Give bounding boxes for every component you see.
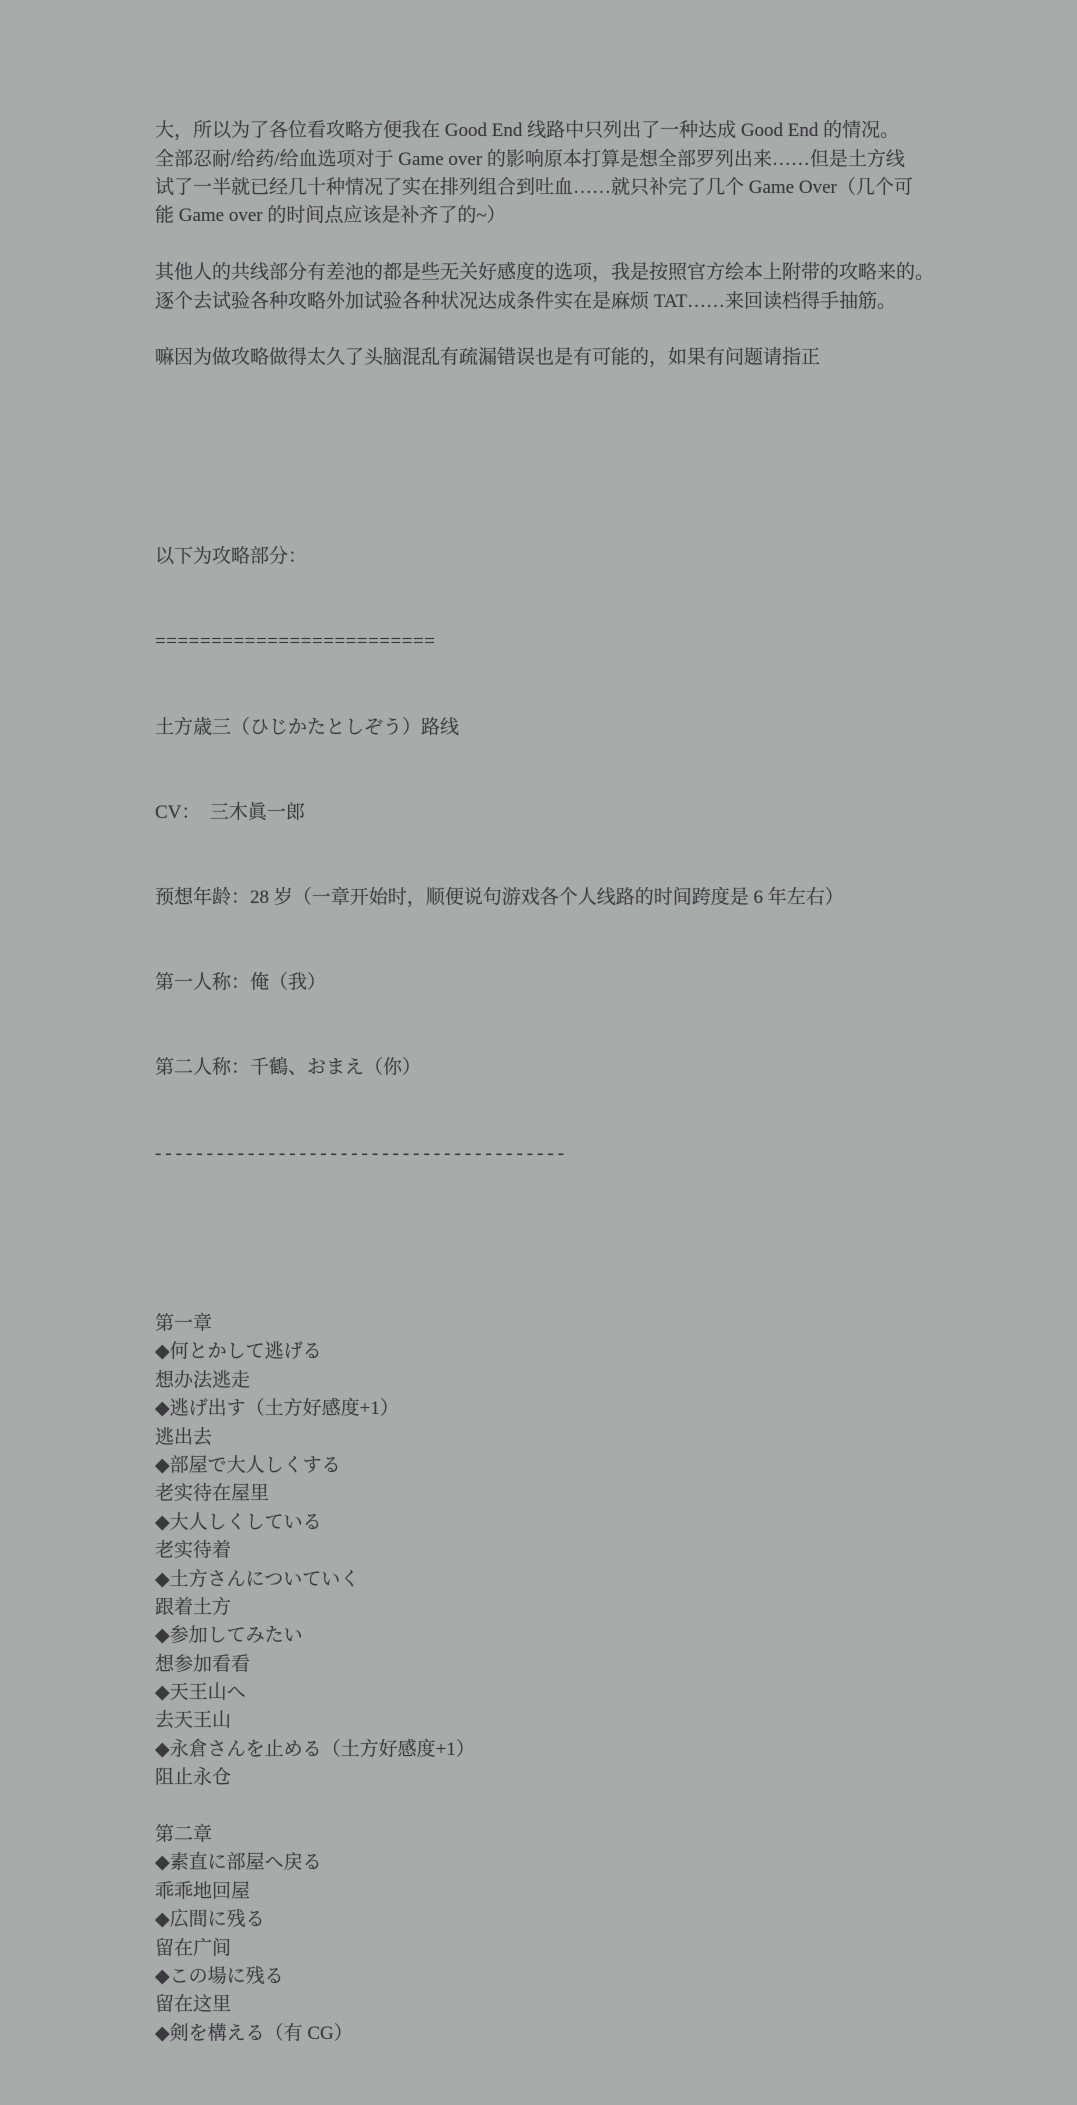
route-name: 土方歳三（ひじかたとしぞう）路线 — [155, 714, 1037, 742]
intro-line: 逐个去试验各种攻略外加试验各种状况达成条件实在是麻烦 TAT……来回读档得手抽筋… — [155, 288, 1037, 316]
second-person-line: 第二人称：千鶴、おまえ（你） — [155, 1054, 1037, 1082]
intro-line: 能 Game over 的时间点应该是补齐了的~） — [155, 202, 1037, 230]
intro-line: 嘛因为做攻略做得太久了头脑混乱有疏漏错误也是有可能的，如果有问题请指正 — [155, 344, 1037, 372]
intro-line: 试了一半就已经几十种情况了实在排列组合到吐血……就只补完了几个 Game Ove… — [155, 174, 1037, 202]
first-person-line: 第一人称：俺（我） — [155, 969, 1037, 997]
cv-line: CV： 三木眞一郎 — [155, 799, 1037, 827]
intro-line: 全部忍耐/给药/给血选项对于 Game over 的影响原本打算是想全部罗列出来… — [155, 146, 1037, 174]
blank-line — [155, 373, 1037, 401]
document-page: 大，所以为了各位看攻略方便我在 Good End 线路中只列出了一种达成 Goo… — [155, 32, 1037, 1346]
divider-equals: ========================= — [155, 628, 1037, 656]
chapter-title: 第一章 — [155, 1310, 1037, 1338]
intro-line: 其他人的共线部分有差池的都是些无关好感度的选项，我是按照官方绘本上附带的攻略来的… — [155, 259, 1037, 287]
chapters-section: 第一章◆何とかして逃げる想办法逃走◆逃げ出す（土方好感度+1）逃出去◆部屋で大人… — [155, 1310, 1037, 1346]
age-line: 预想年龄：28 岁（一章开始时，顺便说句游戏各个人线路的时间跨度是 6 年左右） — [155, 884, 1037, 912]
blank-line — [155, 316, 1037, 344]
intro-section: 大，所以为了各位看攻略方便我在 Good End 线路中只列出了一种达成 Goo… — [155, 117, 1037, 401]
blank-line — [155, 231, 1037, 259]
intro-line: 大，所以为了各位看攻略方便我在 Good End 线路中只列出了一种达成 Goo… — [155, 117, 1037, 145]
guide-title: 以下为攻略部分： — [155, 543, 1037, 571]
guide-header-section: 以下为攻略部分： ========================= 土方歳三（… — [155, 486, 1037, 1224]
divider-dashes: ---------------------------------------- — [155, 1140, 1037, 1168]
page: { "page": { "background_color": "#a9aaaa… — [0, 0, 1077, 1346]
choice-jp-line: ◆何とかして逃げる — [155, 1338, 1037, 1346]
